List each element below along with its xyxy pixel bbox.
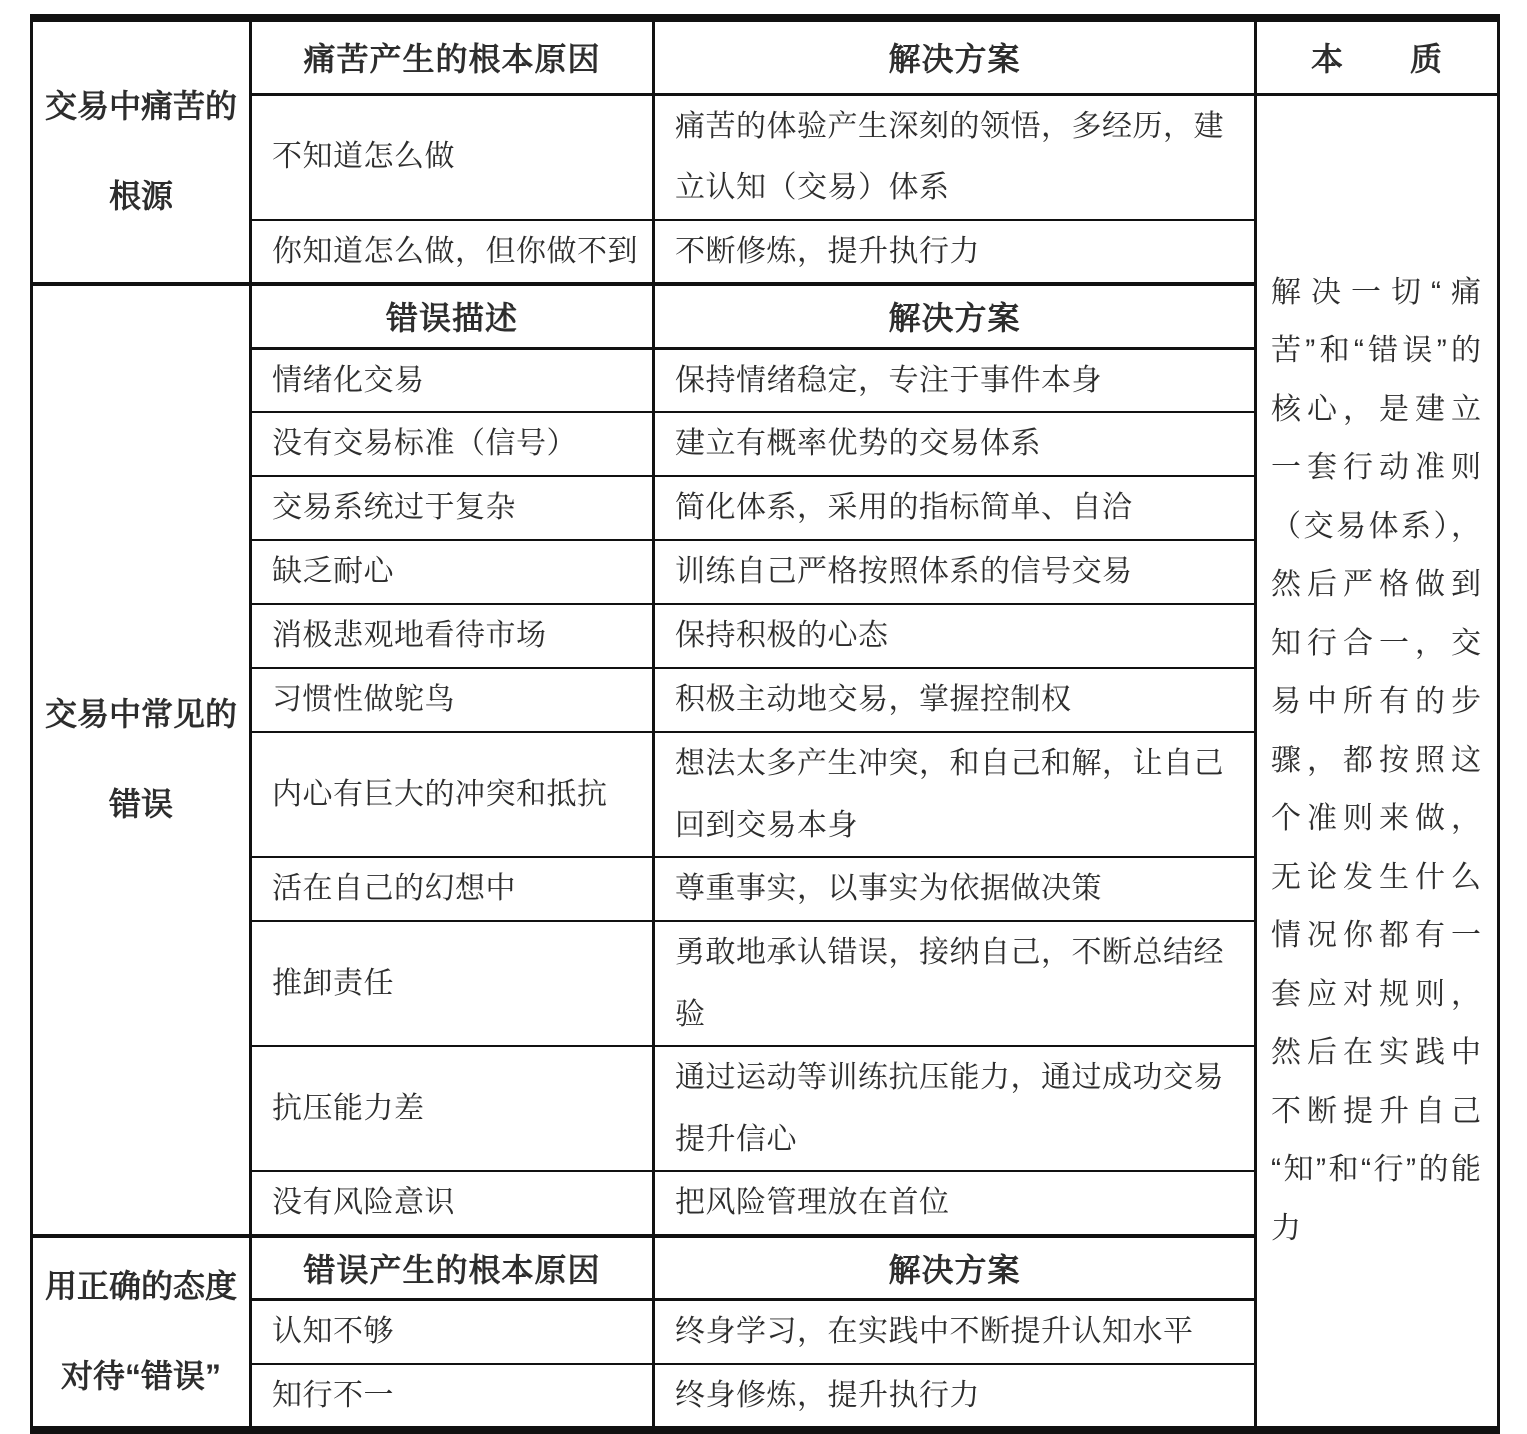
cause-cell: 习惯性做鸵鸟 [251,668,654,732]
trading-pain-errors-table: 交易中痛苦的 根源 痛苦产生的根本原因 解决方案 本 质 不知道怎么做 痛苦的体… [30,14,1500,1434]
group-label-line: 交易中常见的 [37,670,245,760]
column-header-error-root-cause: 错误产生的根本原因 [251,1236,654,1300]
essence-cell: 解决一切“痛苦”和“错误”的核心，是建立一套行动准则（交易体系），然后严格做到知… [1256,94,1499,1430]
solution-cell: 勇敢地承认错误，接纳自己，不断总结经验 [654,921,1256,1046]
cause-cell: 缺乏耐心 [251,540,654,604]
cause-cell: 消极悲观地看待市场 [251,604,654,668]
group-label-pain-source: 交易中痛苦的 根源 [32,18,251,284]
solution-cell: 建立有概率优势的交易体系 [654,412,1256,476]
solution-cell: 不断修炼，提升执行力 [654,220,1256,285]
cause-cell: 抗压能力差 [251,1046,654,1171]
group-label-line: 对待“错误” [37,1332,245,1422]
cause-cell: 知行不一 [251,1364,654,1431]
column-header-error-description: 错误描述 [251,284,654,348]
group-label-line: 交易中痛苦的 [37,62,245,152]
column-header-essence: 本 质 [1256,18,1499,94]
column-header-solution: 解决方案 [654,284,1256,348]
solution-cell: 痛苦的体验产生深刻的领悟，多经历，建立认知（交易）体系 [654,94,1256,220]
cause-cell: 活在自己的幻想中 [251,857,654,921]
solution-cell: 尊重事实，以事实为依据做决策 [654,857,1256,921]
group-label-right-attitude: 用正确的态度 对待“错误” [32,1236,251,1431]
solution-cell: 通过运动等训练抗压能力，通过成功交易提升信心 [654,1046,1256,1171]
solution-cell: 终身学习，在实践中不断提升认知水平 [654,1300,1256,1364]
group-label-line: 根源 [37,152,245,242]
table-row: 不知道怎么做 痛苦的体验产生深刻的领悟，多经历，建立认知（交易）体系 解决一切“… [32,94,1499,220]
essence-text: 解决一切“痛苦”和“错误”的核心，是建立一套行动准则（交易体系），然后严格做到知… [1271,264,1483,1259]
solution-cell: 把风险管理放在首位 [654,1171,1256,1236]
solution-cell: 保持积极的心态 [654,604,1256,668]
cause-cell: 认知不够 [251,1300,654,1364]
solution-cell: 训练自己严格按照体系的信号交易 [654,540,1256,604]
group-label-common-errors: 交易中常见的 错误 [32,284,251,1236]
group-label-line: 错误 [37,760,245,850]
solution-cell: 保持情绪稳定，专注于事件本身 [654,348,1256,412]
document-page: 交易中痛苦的 根源 痛苦产生的根本原因 解决方案 本 质 不知道怎么做 痛苦的体… [0,0,1527,1372]
cause-cell: 没有风险意识 [251,1171,654,1236]
solution-cell: 积极主动地交易，掌握控制权 [654,668,1256,732]
group-label-line: 用正确的态度 [37,1242,245,1332]
cause-cell: 内心有巨大的冲突和抵抗 [251,732,654,857]
cause-cell: 你知道怎么做，但你做不到 [251,220,654,285]
solution-cell: 终身修炼，提升执行力 [654,1364,1256,1431]
column-header-solution: 解决方案 [654,1236,1256,1300]
cause-cell: 没有交易标准（信号） [251,412,654,476]
cause-cell: 交易系统过于复杂 [251,476,654,540]
cause-cell: 推卸责任 [251,921,654,1046]
cause-cell: 情绪化交易 [251,348,654,412]
table-row: 交易中痛苦的 根源 痛苦产生的根本原因 解决方案 本 质 [32,18,1499,94]
solution-cell: 简化体系，采用的指标简单、自洽 [654,476,1256,540]
cause-cell: 不知道怎么做 [251,94,654,220]
column-header-solution: 解决方案 [654,18,1256,94]
solution-cell: 想法太多产生冲突，和自己和解，让自己回到交易本身 [654,732,1256,857]
column-header-pain-root-cause: 痛苦产生的根本原因 [251,18,654,94]
